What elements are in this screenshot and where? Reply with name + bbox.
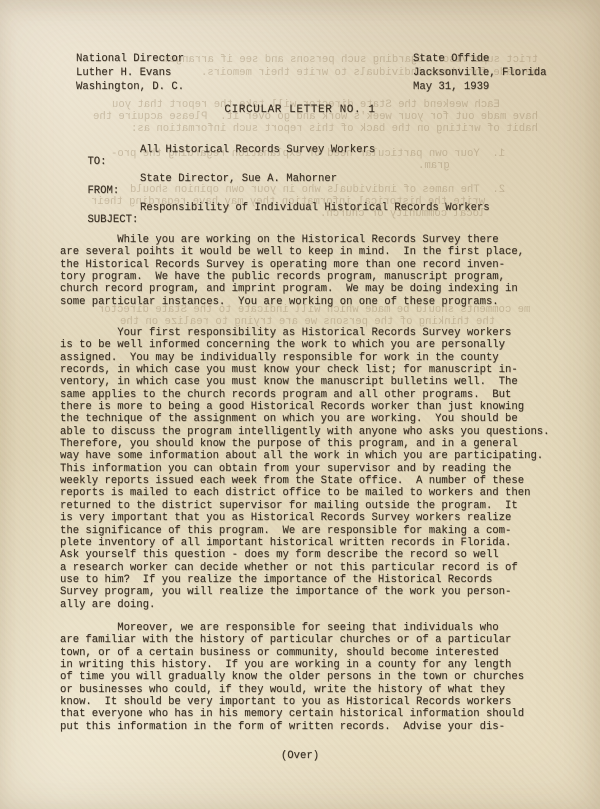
field-to-label: TO:: [87, 156, 106, 168]
text-line: are familiar with the history of particu…: [60, 634, 524, 646]
text-line: reports is mailed to each district offic…: [60, 487, 550, 499]
text-line: Moreover, we are responsible for seeing …: [60, 622, 524, 634]
text-line: the Historical Records Survey is operati…: [60, 259, 524, 271]
text-line: This information you can obtain from you…: [60, 463, 550, 475]
text-line: assigned. You may be individually respon…: [60, 352, 550, 364]
field-from-value: State Director, Sue A. Mahorner: [140, 173, 337, 185]
text-line: Luther H. Evans: [76, 67, 184, 81]
text-line: State Offide: [413, 53, 547, 67]
office-block: State OffideJacksonville, FloridaMay 31,…: [413, 53, 547, 95]
field-from-label: FROM:: [87, 185, 119, 197]
text-line: are several poihts it would be well to k…: [60, 246, 524, 258]
text-line: ventory, in which case you must know the…: [60, 376, 550, 388]
sender-block: National DirectorLuther H. EvansWashingt…: [76, 53, 184, 95]
text-line: the significance of this program. We are…: [60, 525, 550, 537]
text-line: church record program, and imprint progr…: [60, 283, 524, 295]
text-line: same applies to the church records progr…: [60, 389, 550, 401]
paragraph-2: Your first responsibility as Historical …: [60, 327, 550, 611]
field-subject-label: SUBJECT:: [87, 214, 138, 226]
text-line: of time you will gradually know the olde…: [60, 671, 524, 683]
field-subject-value: Responsibility of Individual Historical …: [140, 202, 490, 214]
bleedthrough-line: 2. The names of individuals who in your …: [130, 184, 505, 196]
text-line: National Director: [76, 53, 184, 67]
text-line: put this information in the form of writ…: [60, 721, 524, 733]
bleedthrough-line: gram.: [418, 160, 450, 172]
text-line: Jacksonville, Florida: [413, 67, 547, 81]
text-line: use to him? If you realize the importanc…: [60, 574, 550, 586]
text-line: way have some information about all the …: [60, 450, 550, 462]
text-line: weekly reports issued each week from the…: [60, 475, 550, 487]
text-line: records, in which case you must know you…: [60, 364, 550, 376]
text-line: is very important that you as Historical…: [60, 512, 550, 524]
text-line: or businesses who could, if they would, …: [60, 684, 524, 696]
text-line: the technique of the assignment on which…: [60, 413, 550, 425]
paragraph-1: While you are working on the Historical …: [60, 234, 524, 308]
text-line: May 31, 1939: [413, 81, 547, 95]
letter-title: CIRCULAR LETTER NO. 1: [0, 104, 600, 116]
text-line: that everyone who has in his memory cert…: [60, 708, 524, 720]
document-page: trict supervisor regarding such persons …: [0, 0, 600, 809]
over-note: (Over): [0, 750, 600, 762]
text-line: Survey program, you will realize the imp…: [60, 586, 550, 598]
text-line: is to be well informed concerning the wo…: [60, 339, 550, 351]
text-line: While you are working on the Historical …: [60, 234, 524, 246]
text-line: Washington, D. C.: [76, 81, 184, 95]
paragraph-3: Moreover, we are responsible for seeing …: [60, 622, 524, 733]
text-line: know. It should be very important to you…: [60, 696, 524, 708]
text-line: some particular instances. You are worki…: [60, 296, 524, 308]
text-line: Your first responsibility as Historical …: [60, 327, 550, 339]
text-line: a research worker can decide whether or …: [60, 562, 550, 574]
text-line: ally are doing.: [60, 599, 550, 611]
text-line: Ask yourself this question - does my for…: [60, 549, 550, 561]
text-line: returned to the district supervisor for …: [60, 500, 550, 512]
text-line: in writing this history. If you are work…: [60, 659, 524, 671]
bleedthrough-line: habit of writing on the back of this rep…: [131, 123, 538, 135]
text-line: able to discuss the program intelligentl…: [60, 426, 550, 438]
text-line: tory program. We have the public records…: [60, 271, 524, 283]
text-line: Therefore, you should know the purpose o…: [60, 438, 550, 450]
text-line: there is more to being a good Historical…: [60, 401, 550, 413]
text-line: town, or of a certain business or commun…: [60, 647, 524, 659]
text-line: plete inventory of all important histori…: [60, 537, 550, 549]
field-to-value: All Historical Records Survey Workers: [140, 144, 375, 156]
